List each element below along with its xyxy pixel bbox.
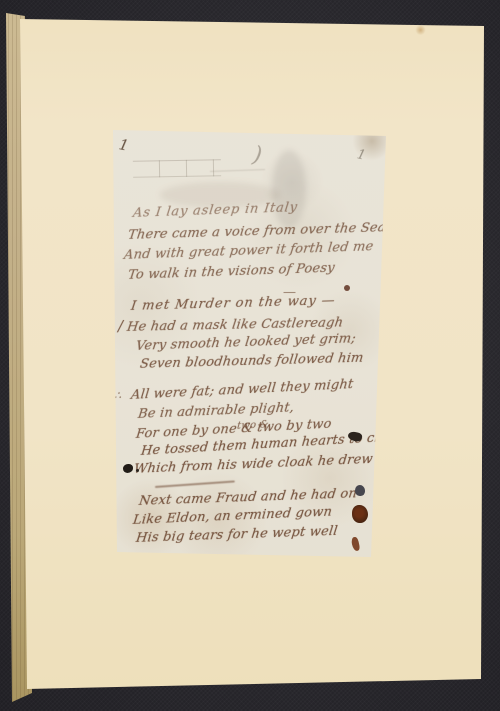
manuscript-photograph: 1 1 ) As I lay asleep in Italy There cam… (0, 0, 500, 711)
ink-dot (136, 469, 139, 472)
poem-line: Very smooth he looked yet grim; (135, 331, 357, 354)
grey-blot (355, 485, 365, 496)
pencil-sketch-battlement (133, 159, 221, 178)
poem-line: To walk in the visions of Poesy (127, 261, 336, 283)
pencil-paren-mark: ) (251, 142, 264, 168)
leaf-number-ink: 1 (117, 135, 130, 155)
poem-line: I met Murder on the way — (130, 293, 336, 314)
ink-spot (344, 285, 350, 291)
rust-mark (351, 536, 361, 551)
poem-line: All were fat; and well they might (130, 377, 354, 403)
poem-line: Seven bloodhounds followed him (139, 351, 364, 372)
page-stain (415, 25, 426, 35)
ink-blot (123, 464, 133, 473)
leaf-number-pencil: 1 (355, 147, 367, 164)
margin-slash-mark: / (118, 319, 123, 334)
brown-blot (352, 505, 368, 523)
poem-line: His big tears for he wept well (135, 524, 338, 546)
poem-line: Be in admirable plight, (137, 400, 295, 422)
scribble-mark (155, 480, 235, 488)
poem-line: As I lay asleep in Italy (132, 200, 299, 221)
pencil-smudge (272, 150, 306, 228)
poem-line: And with great power it forth led me (123, 239, 374, 263)
